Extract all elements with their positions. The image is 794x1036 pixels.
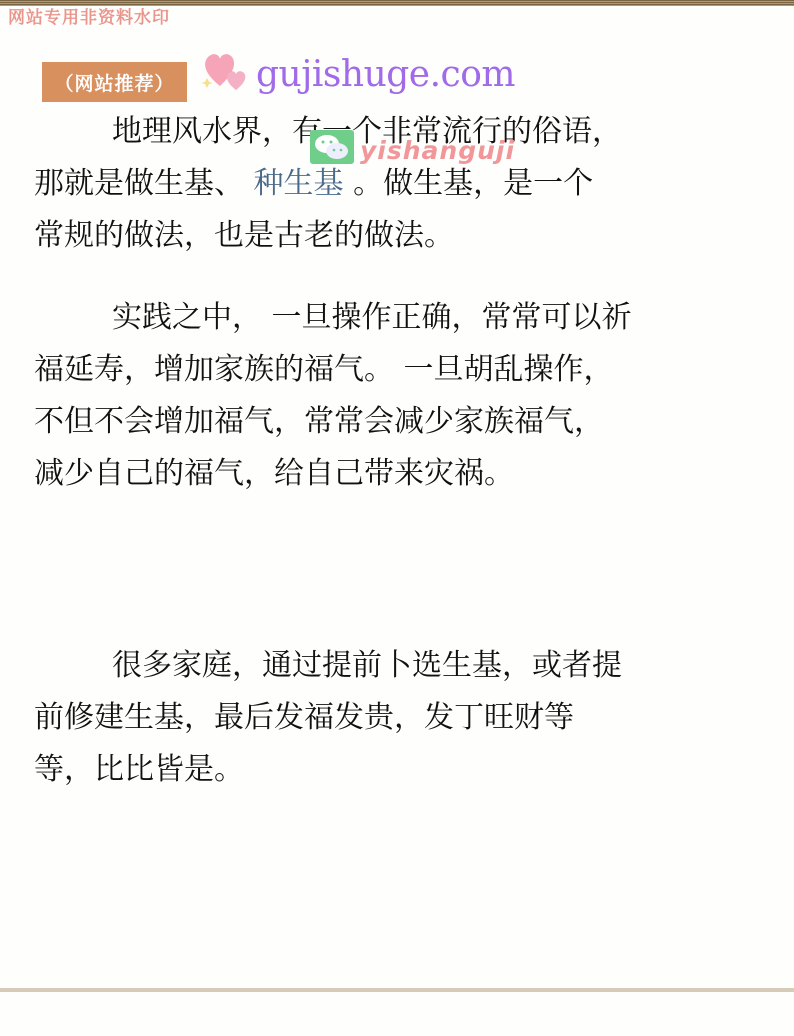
p2-line3: 不但不会增加福气，常常会减少家族福气， — [34, 404, 604, 439]
paragraph-1-cont: 那就是做生基、 种生基 。做生基，是一个 常规的做法，也是古老的做法。 — [34, 158, 764, 262]
p2-line4: 减少自己的福气，给自己带来灾祸。 — [34, 456, 514, 491]
paragraph-3: 很多家庭，通过提前卜选生基，或者提 前修建生基，最后发福发贵，发丁旺财等 等，比… — [34, 640, 764, 796]
p1-line2-after: 。做生基，是一个 — [344, 166, 594, 201]
bottom-divider — [0, 988, 794, 992]
site-recommend-badge: （网站推荐） — [42, 62, 187, 102]
yishanguji-watermark: yishanguji — [360, 136, 515, 165]
watermark-text: 网站专用非资料水印 — [8, 3, 170, 28]
site-url-link[interactable]: gujishuge.com — [256, 54, 515, 95]
zhongshengji-link[interactable]: 种生基 — [254, 166, 344, 201]
hearts-icon — [200, 46, 252, 92]
p3-line1: 很多家庭，通过提前卜选生基，或者提 — [34, 648, 622, 683]
p2-line2: 福延寿，增加家族的福气。 一旦胡乱操作， — [34, 352, 614, 387]
p3-line3: 等，比比皆是。 — [34, 752, 244, 787]
p1-line2-before: 那就是做生基、 — [34, 166, 254, 201]
p1-line3: 常规的做法，也是古老的做法。 — [34, 218, 454, 253]
p3-line2: 前修建生基，最后发福发贵，发丁旺财等 — [34, 700, 574, 735]
p2-line1: 实践之中， 一旦操作正确，常常可以祈 — [34, 300, 632, 335]
wechat-icon — [310, 130, 354, 164]
paragraph-2: 实践之中， 一旦操作正确，常常可以祈 福延寿，增加家族的福气。 一旦胡乱操作， … — [34, 292, 764, 500]
